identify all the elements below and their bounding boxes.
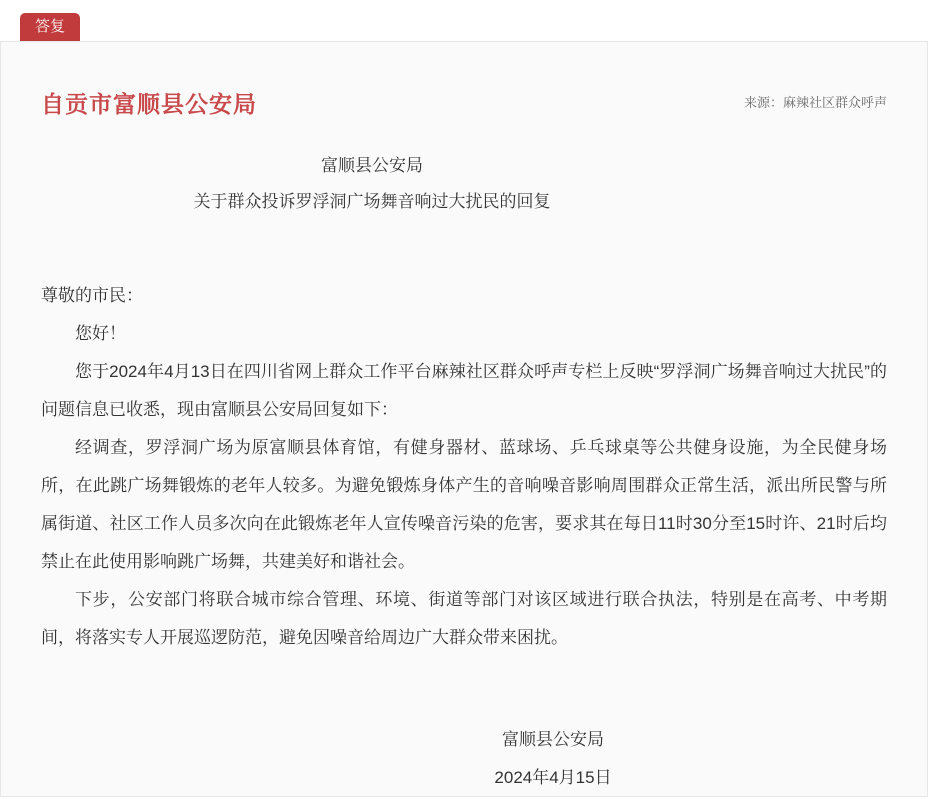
letter-panel: 自贡市富顺县公安局 来源：麻辣社区群众呼声 富顺县公安局 关于群众投诉罗浮洞广场… [0,41,928,797]
page-title: 自贡市富顺县公安局 [41,86,257,119]
header-row: 自贡市富顺县公安局 来源：麻辣社区群众呼声 [41,86,887,119]
letter-body: 尊敬的市民： 您好！ 您于2024年4月13日在四川省网上群众工作平台麻辣社区群… [41,277,887,657]
letter-salutation: 尊敬的市民： [41,277,887,315]
letter-paragraph: 下步，公安部门将联合城市综合管理、环境、街道等部门对该区域进行联合执法，特别是在… [41,581,887,657]
letter-heading-subject: 关于群众投诉罗浮洞广场舞音响过大扰民的回复 [0,189,795,215]
signature-agency: 富顺县公安局 [130,721,928,759]
source-label: 来源：麻辣社区群众呼声 [744,86,887,111]
signature-date: 2024年4月15日 [130,759,928,797]
tab-reply[interactable]: 答复 [20,13,80,41]
letter-paragraph: 经调查，罗浮洞广场为原富顺县体育馆，有健身器材、蓝球场、乒乓球桌等公共健身设施，… [41,429,887,581]
letter-heading-agency: 富顺县公安局 [0,153,795,179]
tab-row: 答复 [0,0,928,41]
letter-paragraph: 您于2024年4月13日在四川省网上群众工作平台麻辣社区群众呼声专栏上反映“罗浮… [41,353,887,429]
letter-headings: 富顺县公安局 关于群众投诉罗浮洞广场舞音响过大扰民的回复 [0,153,795,215]
signature-block: 富顺县公安局 2024年4月15日 [130,721,928,797]
letter-greeting: 您好！ [41,315,887,353]
